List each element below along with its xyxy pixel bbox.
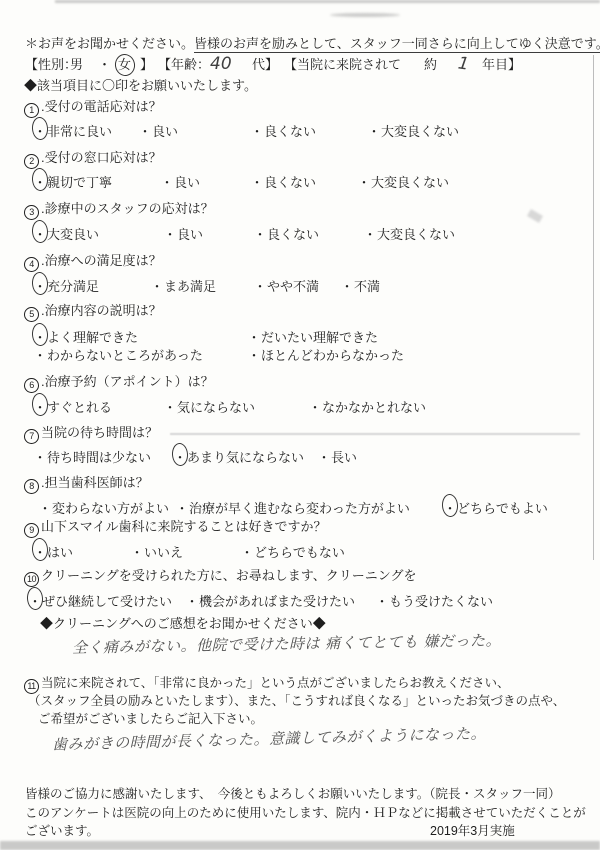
option-item: ・良い — [138, 121, 250, 140]
question-8-title: 8.担当歯科医師は？ — [24, 475, 149, 494]
option-label: ぜひ継続して受けたい — [42, 591, 172, 610]
option-bullet: ・ — [173, 447, 187, 466]
option-bullet: ・ — [33, 327, 47, 346]
question-9-title-text: 山下スマイル歯科に来院することは好きですか？ — [41, 519, 326, 534]
option-item: ・なかなかとれない — [308, 397, 426, 416]
question-2-title: 2.受付の窓口応対は？ — [24, 150, 162, 169]
option-label: 良い — [152, 121, 178, 140]
option-item: ・大変良くない — [363, 224, 455, 243]
option-bullet: ・ — [363, 224, 377, 243]
question-5-options-row1: ・よく理解できた ・だいたい理解できた — [33, 327, 378, 346]
option-item: ・大変良くない — [367, 121, 459, 140]
question-10-title: 10クリーニングを受けられた方に、お尋ねします、クリーニングを — [24, 568, 416, 587]
option-bullet: ・ — [150, 276, 164, 295]
question-5-number: 5 — [24, 307, 39, 322]
option-item: ・まあ満足 — [150, 276, 253, 295]
question-6-title-text: .治療予約（アポイント）は？ — [41, 374, 214, 389]
option-bullet: ・ — [367, 121, 381, 140]
option-item: ・はい — [33, 542, 130, 561]
option-label: まあ満足 — [164, 276, 216, 295]
option-item: ・良くない — [250, 121, 367, 140]
option-bullet: ・ — [247, 345, 261, 364]
footer-usage-note-continued: ございます。 — [25, 824, 99, 840]
option-label: 気にならない — [177, 397, 255, 416]
option-bullet: ・ — [130, 542, 144, 561]
question-11-number: 11 — [24, 679, 39, 694]
option-item: ・どちらでもよい — [443, 498, 548, 517]
option-label: 大変良い — [47, 224, 99, 243]
visit-close: 年目】 — [482, 57, 521, 73]
footer-usage-note-line: このアンケートは医院の向上のために使用いたします、院内・ＨＰなどに掲載させていた… — [25, 806, 586, 822]
option-item: ・もう受けたくない — [375, 591, 493, 610]
question-10-options: ・ぜひ継続して受けたい ・機会があればまた受けたい ・もう受けたくない — [28, 591, 493, 610]
option-label: 大変良くない — [377, 224, 455, 243]
option-label: 大変良くない — [381, 121, 459, 140]
option-label: 大変良くない — [371, 172, 449, 191]
option-item: ・やや不満 — [253, 276, 340, 295]
option-bullet: ・ — [340, 276, 354, 295]
question-5-title: 5.治療内容の説明は？ — [24, 303, 162, 322]
cleaning-feedback-prompt: ◆クリーニングへのご感想をお聞かせください◆ — [40, 616, 326, 632]
option-item: ・だいたい理解できた — [247, 327, 378, 346]
question-1-options: ・非常に良い ・良い ・良くない ・大変良くない — [33, 121, 459, 140]
option-label: なかなかとれない — [322, 397, 426, 416]
question-8-title-text: .担当歯科医師は？ — [41, 475, 149, 490]
option-item: ・あまり気にならない — [173, 447, 317, 466]
option-bullet: ・ — [317, 447, 331, 466]
option-bullet: ・ — [375, 591, 389, 610]
age-close: 代】 — [252, 57, 278, 73]
option-label: 治療が早く進むなら変わった方がよい — [189, 498, 410, 517]
option-label: あまり気にならない — [187, 447, 304, 466]
question-7-number: 7 — [24, 429, 39, 444]
question-7-options: ・待ち時間は少ない ・あまり気にならない ・長い — [33, 447, 357, 466]
question-4-title: 4.治療への満足度は？ — [24, 253, 162, 272]
option-bullet: ・ — [33, 224, 47, 243]
option-label: 充分満足 — [47, 276, 99, 295]
option-label: だいたい理解できた — [261, 327, 378, 346]
option-bullet: ・ — [247, 327, 261, 346]
option-bullet: ・ — [33, 542, 47, 561]
question-4-title-text: .治療への満足度は？ — [41, 253, 162, 268]
question-8-number: 8 — [24, 479, 39, 494]
option-item: ・待ち時間は少ない — [33, 447, 173, 466]
option-item: ・ぜひ継続して受けたい — [28, 591, 185, 610]
option-item: ・大変良い — [33, 224, 163, 243]
question-11-line3: ご希望がございましたらご記入下さい。 — [38, 712, 263, 728]
question-1-number: 1 — [24, 103, 39, 118]
intro-underlined-text: 皆様のお声を励みとして、スタッフ一同さらに向上してゆく決意です。 — [194, 36, 600, 53]
question-5-options-row2: ・わからないところがあった ・ほとんどわからなかった — [33, 345, 404, 364]
cleaning-handwritten-comment: 全く痛みがない。他院で受けた時は 痛くてとても 嫌だった。 — [72, 629, 501, 657]
option-bullet: ・ — [163, 224, 177, 243]
question-4-number: 4 — [24, 257, 39, 272]
question-9-number: 9 — [24, 523, 39, 538]
option-item: ・機会があればまた受けたい — [185, 591, 375, 610]
question-2-options: ・親切で丁寧 ・良い ・良くない ・大変良くない — [33, 172, 449, 191]
question-9-options: ・はい ・いいえ ・どちらでもない — [33, 542, 345, 561]
option-item: ・よく理解できた — [33, 327, 247, 346]
gender-female-option: 女 — [118, 57, 131, 73]
question-4-options: ・充分満足 ・まあ満足 ・やや不満 ・不満 — [33, 276, 380, 295]
option-label: どちらでもない — [254, 542, 345, 561]
intro-plain-text: ＊お声をお聞かせください。 — [25, 36, 194, 51]
option-bullet: ・ — [185, 591, 199, 610]
question-10-number: 10 — [24, 572, 39, 587]
question-5-title-text: .治療内容の説明は？ — [41, 303, 162, 318]
question-1-title: 1.受付の電話応対は？ — [24, 99, 162, 118]
question-8-options: ・変わらない方がよい ・治療が早く進むなら変わった方がよい ・どちらでもよい — [38, 498, 548, 517]
visit-approx: 約 — [424, 57, 437, 73]
option-bullet: ・ — [240, 542, 254, 561]
option-label: 不満 — [354, 276, 380, 295]
survey-date: 2019年3月実施 — [430, 824, 515, 840]
question-3-title-text: .診療中のスタッフの応対は？ — [41, 201, 214, 216]
age-handwritten-value: 40 — [210, 54, 232, 74]
option-bullet: ・ — [443, 498, 457, 517]
option-label: どちらでもよい — [457, 498, 548, 517]
option-label: 良い — [177, 224, 203, 243]
option-bullet: ・ — [250, 172, 264, 191]
option-label: いいえ — [144, 542, 183, 561]
option-item: ・ほとんどわからなかった — [247, 345, 404, 364]
option-label: 機会があればまた受けたい — [199, 591, 355, 610]
question-2-title-text: .受付の窓口応対は？ — [41, 150, 162, 165]
option-label: よく理解できた — [47, 327, 138, 346]
option-item: ・良い — [160, 172, 250, 191]
option-item: ・いいえ — [130, 542, 240, 561]
question-3-title: 3.診療中のスタッフの応対は？ — [24, 201, 214, 220]
option-bullet: ・ — [175, 498, 189, 517]
option-item: ・変わらない方がよい — [38, 498, 175, 517]
option-bullet: ・ — [33, 276, 47, 295]
question-7-title: 7当院の待ち時間は？ — [24, 425, 158, 444]
scan-artifact-right-line — [593, 55, 594, 560]
question-1-title-text: .受付の電話応対は？ — [41, 99, 162, 114]
question-6-number: 6 — [24, 378, 39, 393]
option-bullet: ・ — [357, 172, 371, 191]
option-item: ・治療が早く進むなら変わった方がよい — [175, 498, 443, 517]
option-item: ・不満 — [340, 276, 380, 295]
question-3-number: 3 — [24, 205, 39, 220]
visit-open: 【当院に来院されて — [284, 57, 401, 73]
scan-artifact-mid-streak — [170, 433, 580, 435]
option-item: ・親切で丁寧 — [33, 172, 160, 191]
option-label: わからないところがあった — [47, 345, 203, 364]
question-2-number: 2 — [24, 154, 39, 169]
option-bullet: ・ — [163, 397, 177, 416]
option-label: 良い — [174, 172, 200, 191]
intro-line: ＊お声をお聞かせください。皆様のお声を励みとして、スタッフ一同さらに向上してゆく… — [25, 36, 600, 52]
female-selection-circle: 女 — [118, 57, 131, 73]
option-item: ・非常に良い — [33, 121, 138, 140]
question-6-options: ・すぐとれる ・気にならない ・なかなかとれない — [33, 397, 426, 416]
question-11-line1: 当院に来院されて、「非常に良かった」という点がございましたらお教えください、 — [41, 676, 510, 690]
gender-close: 】 — [140, 57, 153, 73]
option-item: ・わからないところがあった — [33, 345, 247, 364]
option-item: ・良くない — [253, 224, 363, 243]
option-label: ほとんどわからなかった — [261, 345, 404, 364]
option-bullet: ・ — [33, 172, 47, 191]
option-label: 良くない — [264, 172, 316, 191]
option-bullet: ・ — [308, 397, 322, 416]
option-bullet: ・ — [38, 498, 52, 517]
instruction-text: ◆該当項目に〇印をお願いいたします。 — [24, 78, 257, 94]
option-bullet: ・ — [138, 121, 152, 140]
scan-artifact-top-smudge — [330, 13, 400, 17]
option-label: すぐとれる — [47, 397, 112, 416]
option-bullet: ・ — [33, 345, 47, 364]
survey-sheet: ＊お声をお聞かせください。皆様のお声を励みとして、スタッフ一同さらに向上してゆく… — [0, 0, 600, 850]
option-bullet: ・ — [33, 121, 47, 140]
scan-artifact-smudge-1 — [527, 209, 543, 223]
scan-artifact-bottom-edge — [0, 841, 600, 850]
option-bullet: ・ — [253, 224, 267, 243]
visit-handwritten-value: 1 — [457, 53, 471, 74]
option-item: ・充分満足 — [33, 276, 150, 295]
option-label: はい — [47, 542, 73, 561]
option-bullet: ・ — [160, 172, 174, 191]
option-bullet: ・ — [250, 121, 264, 140]
option-label: 長い — [331, 447, 357, 466]
option-bullet: ・ — [28, 591, 42, 610]
scan-artifact-top-edge — [55, 0, 600, 3]
footer-thanks-line: 皆様のご協力に感謝いたします、 今後ともよろしくお願いいたします。（院長・スタッ… — [25, 787, 561, 803]
option-item: ・気にならない — [163, 397, 308, 416]
option-label: もう受けたくない — [389, 591, 493, 610]
question-9-title: 9山下スマイル歯科に来院することは好きですか？ — [24, 519, 326, 538]
question-7-title-text: 当院の待ち時間は？ — [41, 425, 158, 440]
option-bullet: ・ — [33, 397, 47, 416]
gender-separator: ・ — [98, 57, 111, 73]
option-item: ・良くない — [250, 172, 357, 191]
option-item: ・すぐとれる — [33, 397, 163, 416]
option-bullet: ・ — [253, 276, 267, 295]
question-11-title: 11当院に来院されて、「非常に良かった」という点がございましたらお教えください、 — [24, 676, 510, 694]
option-label: やや不満 — [267, 276, 319, 295]
option-label: 非常に良い — [47, 121, 112, 140]
question-11-line2: （スタッフ全員の励みといたします）、また、「こうすれば良くなる」といったお気づき… — [28, 694, 565, 710]
age-open: 【年齢： — [158, 57, 210, 73]
option-item: ・どちらでもない — [240, 542, 345, 561]
option-bullet: ・ — [33, 447, 47, 466]
option-label: 待ち時間は少ない — [47, 447, 151, 466]
question-10-title-text: クリーニングを受けられた方に、お尋ねします、クリーニングを — [41, 568, 416, 583]
option-item: ・良い — [163, 224, 253, 243]
option-item: ・大変良くない — [357, 172, 449, 191]
option-label: 良くない — [264, 121, 316, 140]
option-label: 変わらない方がよい — [52, 498, 169, 517]
gender-male-option: 男 — [70, 57, 83, 73]
option-label: 親切で丁寧 — [47, 172, 112, 191]
option-label: 良くない — [267, 224, 319, 243]
question-6-title: 6.治療予約（アポイント）は？ — [24, 374, 214, 393]
question-3-options: ・大変良い ・良い ・良くない ・大変良くない — [33, 224, 455, 243]
option-item: ・長い — [317, 447, 357, 466]
